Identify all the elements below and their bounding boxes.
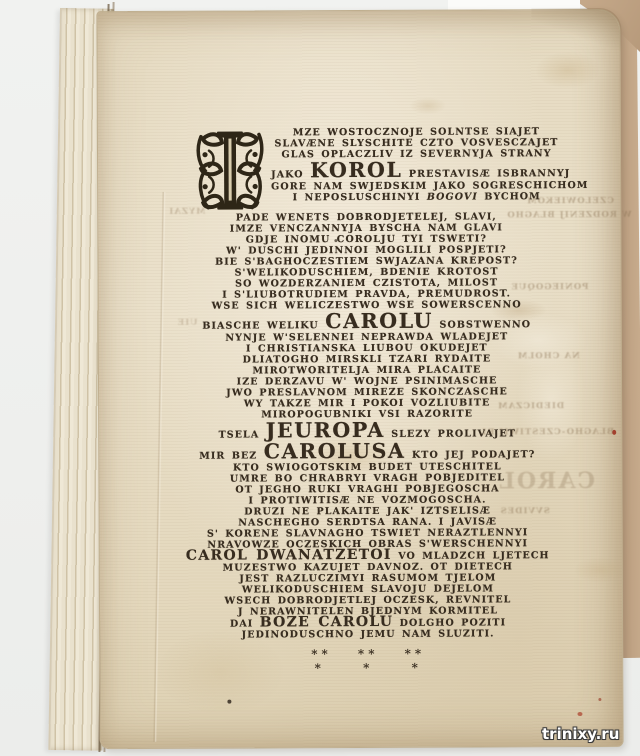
poem-line-segment: MIR BEZ: [199, 450, 264, 461]
asterisk-row: * * *: [172, 660, 564, 676]
poem-opening-block: I: [170, 126, 562, 213]
poem-line-segment: BIASCHE WELIKU: [202, 320, 325, 332]
poem-line-segment: DOLGHO POZITI: [393, 617, 506, 628]
red-ink-speck: [612, 430, 616, 435]
poem-line: JEDINODUSCHNO JEMU NAM SLUZITI.: [172, 628, 564, 641]
poem-line: MIR BEZ CAROLUSA KTO JEJ PODAJET?: [171, 440, 563, 463]
book-page: CZELOWIEKOM W RODZENIJ BLAGHO PONIEGOQUE…: [96, 9, 623, 749]
poem-line: NYNJE W'SELENNEI NEPRAWDA WLADEJET: [171, 331, 563, 344]
poem-line: BIASCHE WELIKU CAROLU SOBSTWENNO: [171, 310, 563, 333]
poem-head-lines: MZE WOSTOCZNOJE SOLNTSE SIAJETSLAVÆNE SL…: [271, 126, 562, 203]
poem-line-segment: VO MLADZCH LJETECH: [392, 550, 550, 562]
red-ink-speck: [598, 698, 601, 701]
poem-line: WSECH DOBRODJETLEJ OCZESK, REVNITEL: [172, 594, 564, 607]
poem-line: JAKO KOROL PRESTAVISÆ ISBRANNYJ: [271, 159, 562, 181]
poem-line-segment: BOGOVI: [427, 191, 478, 202]
poem-line: BIE S'BAGHOCZESTIEM SWJAZANA KREPOST?: [170, 255, 562, 268]
photo-of-antique-book-page: CZELOWIEKOM W RODZENIJ BLAGHO PONIEGOQUE…: [0, 0, 640, 756]
poem-line-segment: I NEPOSLUSCHINYI: [293, 192, 427, 204]
poem-line: MUZESTWO KAZUJET DAVNOZ. OT DIETECH: [172, 561, 564, 574]
poem-line-segment: DAI: [230, 618, 260, 629]
woodcut-foliage-ornament: [195, 128, 265, 212]
poem-line-segment: SOBSTWENNO: [433, 319, 531, 330]
poem-line-segment: KTO JEJ PODAJET?: [406, 449, 536, 461]
site-watermark: trinixy.ru: [542, 725, 619, 743]
printed-poem: I: [170, 126, 564, 676]
poem-line: DAI BOZE CAROLU DOLGHO POZITI: [172, 616, 564, 630]
asterisk-ornament: ** ** ** * * *: [172, 646, 564, 676]
poem-line-segment: BYCHOM: [478, 191, 541, 202]
poem-line-segment: PRESTAVISÆ ISBRANNYJ: [402, 168, 570, 180]
page-corner-curl: [531, 8, 621, 58]
poem-line-segment: CAROLU: [325, 309, 433, 333]
poem-line-segment: TSELA: [219, 429, 266, 440]
poem-line: I NEPOSLUSCHINYI BOGOVI BYCHOM: [271, 191, 562, 203]
poem-line: JWO PRESLAVNOM MIREZE SKONCZASCHE: [171, 386, 563, 399]
poem-line-segment: CAROLUSA: [264, 439, 406, 464]
poem-line-segment: JEDINODUSCHNO JEMU NAM SLUZITI.: [242, 628, 495, 640]
poem-line-segment: JAKO: [271, 169, 310, 180]
poem-line-segment: KOROL: [310, 158, 403, 182]
poem-line-segment: BOZE CAROLU: [260, 614, 394, 631]
poem-line: UMRE BO CHRABRYI VRAGH POBJEDITEL: [171, 472, 563, 485]
ornate-drop-cap-initial-I: I: [195, 128, 265, 212]
poem-rest-lines: PADE WENETS DOBRODJETELEJ, SLAVI,IMZE VE…: [170, 211, 564, 641]
dark-speck: [227, 700, 231, 704]
red-ink-speck: [577, 712, 582, 716]
paper-crease: [153, 192, 166, 742]
